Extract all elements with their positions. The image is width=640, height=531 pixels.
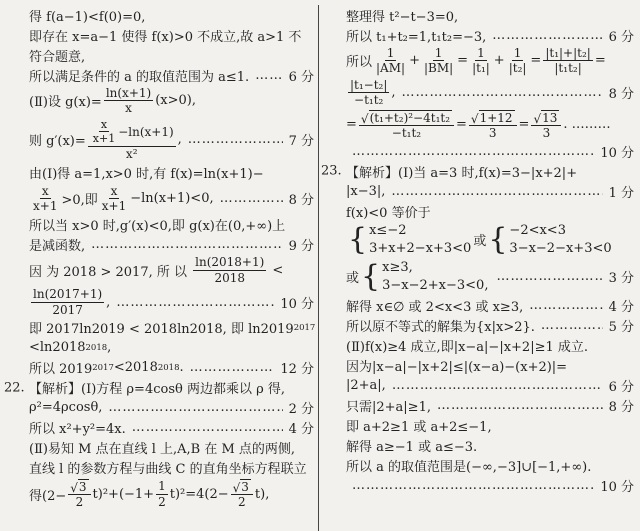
radical-sign: √ <box>233 482 241 494</box>
text: = <box>519 117 530 132</box>
score-label: 6 分 <box>609 376 634 395</box>
text-line: 所以当 x>0 时,g′(x)<0,即 g(x)在(0,+∞)上 <box>29 214 314 234</box>
text-line: =√(t₁+t₂)²−4t₁t₂−t₁t₂=√1+123=√133. ……… <box>346 109 634 142</box>
text: |t₁| <box>472 61 490 75</box>
score-label: 3 分 <box>609 267 634 286</box>
text: −ln(x+1)<0, <box>130 191 213 206</box>
text: x <box>125 101 132 115</box>
radicand: 1+12 <box>479 110 515 125</box>
text: 即存在 x=a−1 使得 f(x)>0 不成立,故 a>1 不 <box>29 26 301 45</box>
text: 2 <box>238 495 246 509</box>
denominator: x+1 <box>100 199 128 213</box>
text: 即 2017ln2019 < 2018ln2018, 即 ln2019 <box>29 318 294 337</box>
text: x <box>42 184 49 198</box>
fraction: √32 <box>231 479 253 510</box>
text-line: 22.【解析】(Ⅰ)方程 ρ=4cosθ 两边都乘以 ρ 得, <box>29 378 314 398</box>
text: (Ⅱ)易知 M 点在直线 l 上,A,B 在 M 点的两侧, <box>29 438 295 457</box>
text-line: 直线 l 的参数方程与曲线 C 的直角坐标方程联立 <box>29 458 314 478</box>
text-line: 因 为 2018 > 2017, 所 以 ln(2018+1)2018 < <box>29 254 314 286</box>
text: 因为|x−a|−|x+2|≤|(x−a)−(x+2)|= <box>346 356 567 375</box>
radical-sign: √ <box>70 482 78 494</box>
left-brace: { <box>348 227 367 253</box>
text: 所以 a 的取值范围是(−∞,−3]∪[−1,+∞). <box>346 456 591 475</box>
text: 所以 <box>346 51 372 70</box>
fraction: |t₁|+|t₂||t₁t₂| <box>543 46 593 76</box>
numerator: 1 <box>385 46 397 61</box>
sqrt: √1+12 <box>471 110 515 125</box>
text: (Ⅱ)f(x)≥4 成立,即|x−a|−|x+2|≥1 成立. <box>346 336 588 355</box>
text: 【解析】(Ⅰ)当 a=3 时,f(x)=3−|x+2|+ <box>346 162 577 181</box>
text: < <box>268 263 283 278</box>
fraction: xx+1−ln(x+1)x² <box>88 118 176 162</box>
cases: {x≥3,3−x−2+x−3<0, <box>361 259 488 294</box>
text-line: 所以满足条件的 a 的取值范围为 a≤1.…………………………………………………… <box>29 65 314 85</box>
dot-leader: ………………………………………………………………………………………………………… <box>529 298 602 313</box>
fraction: √1+123 <box>469 110 517 141</box>
score-label: 2 分 <box>289 398 314 417</box>
cases: {−2<x<33−x−2−x+3<0 <box>488 222 611 257</box>
text: + <box>494 53 505 68</box>
text: 所以 x²+y²=4x. <box>29 418 126 437</box>
text: 所以满足条件的 a 的取值范围为 a≤1. <box>29 66 249 85</box>
text: = <box>595 53 606 68</box>
dot-leader: ………………………………………………………………………………………………………… <box>437 398 603 413</box>
text: x≤−2 <box>369 223 406 238</box>
text-line: 得(2−√32t)²+(−1+12t)²=4(2−√32t), <box>29 478 314 511</box>
text: x <box>111 184 118 198</box>
text: |BM| <box>424 61 453 75</box>
text: 2018 <box>214 271 245 285</box>
text: 得 f(a−1)<f(0)=0, <box>29 6 145 25</box>
text: = <box>457 53 468 68</box>
text-line: (Ⅱ)设 g(x)=ln(x+1)x(x>0), <box>29 85 314 117</box>
text: , <box>107 340 111 355</box>
text: −ln(x+1) <box>118 125 173 139</box>
denominator: 2 <box>156 495 168 509</box>
cases-row: 3−x−2+x−3<0, <box>382 277 488 295</box>
text: = <box>530 53 541 68</box>
text: 2 <box>158 495 166 509</box>
text-line: 只需|2+a|≥1,………………………………………………………………………………… <box>346 396 634 416</box>
text: 所以原不等式的解集为{x|x>2}. <box>346 316 535 335</box>
text-line: (Ⅱ)f(x)≥4 成立,即|x−a|−|x+2|≥1 成立. <box>346 336 634 356</box>
text: 是减函数, <box>29 235 85 254</box>
dot-leader: ………………………………………………………………………………………………………… <box>402 85 603 100</box>
dot-leader: ………………………………………………………………………………………………………… <box>541 318 603 333</box>
dot-leader: ………………………………………………………………………………………………………… <box>391 184 602 199</box>
text: ln(2018+1) <box>195 255 264 269</box>
text: 则 g′(x)= <box>29 130 86 149</box>
score-label: 8 分 <box>289 189 314 208</box>
text: (t₁+t₂)²−4t₁t₂ <box>370 111 450 125</box>
text-line: 得 f(a−1)<f(0)=0, <box>29 5 314 25</box>
text: −2<x<3 <box>509 223 566 238</box>
radicand: 13 <box>541 110 559 125</box>
text: ln(2017+1) <box>33 287 102 301</box>
text: 得(2− <box>29 485 66 504</box>
fraction: √(t₁+t₂)²−4t₁t₂−t₁t₂ <box>359 110 454 141</box>
numerator: |t₁−t₂| <box>348 78 389 93</box>
denominator: x² <box>124 147 140 161</box>
fraction: √133 <box>531 110 561 141</box>
text-line: ln(2017+1)2017,…………………………………………………………………… <box>29 286 314 318</box>
column-left: 得 f(a−1)<f(0)=0,即存在 x=a−1 使得 f(x)>0 不成立,… <box>2 5 318 531</box>
fraction: |t₁−t₂|−t₁t₂ <box>348 78 389 108</box>
text-line: 所以 a 的取值范围是(−∞,−3]∪[−1,+∞). <box>346 456 634 476</box>
numerator: 1 <box>512 46 524 61</box>
text: , <box>391 85 395 100</box>
sqrt: √13 <box>533 110 559 125</box>
text: + <box>409 53 420 68</box>
problem-number: 23. <box>321 164 342 179</box>
text-line: 由(Ⅰ)得 a=1,x>0 时,有 f(x)=ln(x+1)− <box>29 163 314 183</box>
text: , <box>178 132 182 147</box>
fraction: ln(x+1)x <box>104 86 153 116</box>
sqrt: √3 <box>233 479 251 494</box>
sqrt: √3 <box>70 479 88 494</box>
text-line: |t₁−t₂|−t₁t₂,………………………………………………………………………… <box>346 77 634 109</box>
text: |t₁|+|t₂| <box>545 46 591 60</box>
dot-leader: ………………………………………………………………………………………………………… <box>352 144 594 159</box>
radical-sign: √ <box>533 113 541 125</box>
fraction: ln(2018+1)2018 <box>193 255 266 285</box>
text: 1 <box>387 46 395 60</box>
text: 3−x−2−x+3<0 <box>509 241 611 256</box>
fraction: √32 <box>68 479 90 510</box>
numerator: √3 <box>231 479 253 495</box>
text-line: 即 a+2≥1 或 a+2≤−1, <box>346 416 634 436</box>
text: 只需|2+a|≥1, <box>346 396 431 415</box>
radical-sign: √ <box>471 113 479 125</box>
numerator: 1 <box>433 46 445 61</box>
numerator: xx+1−ln(x+1) <box>88 118 176 147</box>
text-line: 所以 20192017<20182018.…………………………………………………… <box>29 358 314 378</box>
text: x≥3, <box>382 260 413 275</box>
score-label: 7 分 <box>289 130 314 149</box>
text: 3−x−2+x−3<0, <box>382 278 488 293</box>
text: x² <box>126 147 138 161</box>
text-line: 解得 a≥−1 或 a≤−3. <box>346 436 634 456</box>
text: . <box>179 360 183 375</box>
fraction: 1|t₂| <box>507 46 529 76</box>
text-line: …………………………………………………………………………………………………………… <box>346 141 634 161</box>
denominator: −t₁t₂ <box>352 93 385 107</box>
text-line: 则 g′(x)=xx+1−ln(x+1)x²,……………………………………………… <box>29 117 314 163</box>
text: f(x)<0 等价于 <box>346 202 431 221</box>
text-line: 所以 x²+y²=4x.…………………………………………………………………………… <box>29 418 314 438</box>
text: (x>0), <box>155 93 196 108</box>
denominator: 3 <box>487 126 499 140</box>
cases: {x≤−23+x+2−x+3<0 <box>348 222 471 257</box>
denominator: 2 <box>74 495 86 509</box>
denominator: x <box>123 101 134 115</box>
denominator: |AM| <box>374 61 407 75</box>
text: 所以 2019 <box>29 358 92 377</box>
text: 2 <box>76 495 84 509</box>
column-right: 整理得 t²−t−3=0,所以 t₁+t₂=1,t₁t₂=−3,……………………… <box>319 5 638 531</box>
text: , <box>106 295 110 310</box>
text: |2+a|, <box>346 378 386 393</box>
text: t), <box>255 487 269 502</box>
dot-leader: ………………………………………………………………………………………………………… <box>220 191 283 206</box>
cases-rows: −2<x<33−x−2−x+3<0 <box>509 222 611 257</box>
radicand: (t₁+t₂)²−4t₁t₂ <box>369 110 452 125</box>
numerator: ln(2018+1) <box>193 255 266 270</box>
fraction: xx+1 <box>31 184 59 214</box>
cases-row: 3+x+2−x+3<0 <box>369 240 471 258</box>
fraction: 1|t₁| <box>470 46 492 76</box>
fraction: 1|BM| <box>422 46 455 76</box>
numerator: √(t₁+t₂)²−4t₁t₂ <box>359 110 454 126</box>
dot-leader: ………………………………………………………………………………………………………… <box>255 68 282 83</box>
numerator: √1+12 <box>469 110 517 126</box>
text: 3 <box>489 126 497 140</box>
dot-leader: ………………………………………………………………………………………………………… <box>496 269 602 284</box>
text: 1 <box>477 46 485 60</box>
numerator: √13 <box>531 110 561 126</box>
text: |t₁−t₂| <box>350 78 387 92</box>
cases-row: 3−x−2−x+3<0 <box>509 240 611 258</box>
text-line: 所以 t₁+t₂=1,t₁t₂=−3,………………………………………………………… <box>346 25 634 45</box>
text: 由(Ⅰ)得 a=1,x>0 时,有 f(x)=ln(x+1)− <box>29 163 264 182</box>
text-line: <ln20182018, <box>29 338 314 358</box>
text: 或 <box>473 230 486 249</box>
cases-row: −2<x<3 <box>509 222 566 240</box>
text: ln(x+1) <box>106 86 151 100</box>
text: = <box>456 117 467 132</box>
text-line: ρ²=4ρcosθ,………………………………………………………………………………… <box>29 398 314 418</box>
text: x+1 <box>93 132 115 145</box>
cases-row: x≤−2 <box>369 222 406 240</box>
score-label: 4 分 <box>289 418 314 437</box>
text: x+1 <box>102 199 126 213</box>
cases-rows: x≥3,3−x−2+x−3<0, <box>382 259 488 294</box>
radical-sign: √ <box>361 113 369 125</box>
dot-leader: ………………………………………………………………………………………………………… <box>352 478 594 493</box>
text-line: |x−3|,…………………………………………………………………………………………… <box>346 181 634 201</box>
text: 或 <box>346 267 359 286</box>
text: −t₁t₂ <box>392 126 421 140</box>
text-line: …………………………………………………………………………………………………………… <box>346 476 634 496</box>
score-label: 6 分 <box>609 26 634 45</box>
text: 1+12 <box>480 111 513 125</box>
denominator: |t₁t₂| <box>552 61 583 75</box>
text: x <box>101 118 107 131</box>
cases-rows: x≤−23+x+2−x+3<0 <box>369 222 471 257</box>
document: 得 f(a−1)<f(0)=0,即存在 x=a−1 使得 f(x)>0 不成立,… <box>0 0 640 531</box>
page: { "page": { "background": "#f2f1ee", "te… <box>0 0 640 531</box>
left-brace: { <box>488 227 507 253</box>
text: |t₁t₂| <box>554 61 581 75</box>
text: 13 <box>542 111 557 125</box>
dot-leader: ………………………………………………………………………………………………………… <box>132 420 283 435</box>
text: 解得 a≥−1 或 a≤−3. <box>346 436 477 455</box>
text-line: xx+1>0,即xx+1−ln(x+1)<0,……………………………………………… <box>29 183 314 215</box>
text-line: 符合题意, <box>29 45 314 65</box>
score-label: 8 分 <box>609 83 634 102</box>
denominator: x+1 <box>31 199 59 213</box>
text: 3 <box>241 480 249 494</box>
dot-leader: ………………………………………………………………………………………………………… <box>190 360 275 375</box>
text: 所以当 x>0 时,g′(x)<0,即 g(x)在(0,+∞)上 <box>29 215 285 234</box>
numerator: ln(2017+1) <box>31 287 104 302</box>
text-line: 因为|x−a|−|x+2|≤|(x−a)−(x+2)|= <box>346 356 634 376</box>
text: 3 <box>543 126 551 140</box>
sqrt: √(t₁+t₂)²−4t₁t₂ <box>361 110 452 125</box>
denominator: 2018 <box>212 271 247 285</box>
numerator: x <box>109 184 120 199</box>
text: 直线 l 的参数方程与曲线 C 的直角坐标方程联立 <box>29 458 307 477</box>
fraction: xx+1 <box>100 184 128 214</box>
score-label: 12 分 <box>280 358 314 377</box>
score-label: 1 分 <box>609 182 634 201</box>
text: 1 <box>514 46 522 60</box>
text: 1 <box>435 46 443 60</box>
text: <ln2018 <box>29 340 86 355</box>
score-label: 10 分 <box>600 476 634 495</box>
fraction: 12 <box>156 479 168 509</box>
denominator: −t₁t₂ <box>390 126 423 140</box>
text: |t₂| <box>509 61 527 75</box>
text-line: 整理得 t²−t−3=0, <box>346 5 634 25</box>
denominator: |t₂| <box>507 61 529 75</box>
text-line: 是减函数,……………………………………………………………………………………………… <box>29 234 314 254</box>
text: x+1 <box>33 199 57 213</box>
text: 2017 <box>52 303 83 317</box>
numerator: x <box>40 184 51 199</box>
score-label: 10 分 <box>280 293 314 312</box>
text-line: 所以1|AM|+1|BM|=1|t₁|+1|t₂|=|t₁|+|t₂||t₁t₂… <box>346 45 634 77</box>
dot-leader: ………………………………………………………………………………………………………… <box>108 400 282 415</box>
text: ρ²=4ρcosθ, <box>29 400 102 415</box>
score-label: 4 分 <box>609 296 634 315</box>
problem-number: 22. <box>4 380 25 395</box>
text: |AM| <box>376 61 405 75</box>
numerator: 1 <box>475 46 487 61</box>
text-line: 所以原不等式的解集为{x|x>2}.…………………………………………………………… <box>346 316 634 336</box>
text-line: |2+a|,…………………………………………………………………………………………… <box>346 376 634 396</box>
denominator: x+1 <box>91 132 117 145</box>
text: 3 <box>79 480 87 494</box>
text: t)²+(−1+ <box>93 487 155 502</box>
score-label: 6 分 <box>289 66 314 85</box>
text: 整理得 t²−t−3=0, <box>346 6 458 25</box>
text: 【解析】(Ⅰ)方程 ρ=4cosθ 两边都乘以 ρ 得, <box>29 378 285 397</box>
dot-leader: ………………………………………………………………………………………………………… <box>188 132 283 147</box>
numerator: x <box>99 118 109 132</box>
cases-row: x≥3, <box>382 259 413 277</box>
score-label: 9 分 <box>289 235 314 254</box>
denominator: 2017 <box>50 303 85 317</box>
text: . ……… <box>563 117 610 132</box>
text: t)²=4(2− <box>170 487 229 502</box>
text-line: 解得 x∈∅ 或 2<x<3 或 x≥3,…………………………………………………… <box>346 296 634 316</box>
text: 符合题意, <box>29 46 85 65</box>
text-line: (Ⅱ)易知 M 点在直线 l 上,A,B 在 M 点的两侧, <box>29 438 314 458</box>
denominator: 3 <box>541 126 553 140</box>
left-brace: { <box>361 264 380 290</box>
numerator: |t₁|+|t₂| <box>543 46 593 61</box>
text: 解得 x∈∅ 或 2<x<3 或 x≥3, <box>346 296 523 315</box>
numerator: ln(x+1) <box>104 86 153 101</box>
dot-leader: ………………………………………………………………………………………………………… <box>116 295 274 310</box>
dot-leader: ………………………………………………………………………………………………………… <box>392 378 603 393</box>
denominator: |BM| <box>422 61 455 75</box>
dot-leader: ………………………………………………………………………………………………………… <box>492 28 602 43</box>
radicand: 3 <box>78 479 89 494</box>
denominator: 2 <box>236 495 248 509</box>
fraction: xx+1 <box>91 118 117 145</box>
text-line: {x≤−23+x+2−x+3<0或{−2<x<33−x−2−x+3<0 <box>346 221 634 258</box>
text: 因 为 2018 > 2017, 所 以 <box>29 261 191 280</box>
text-line: 即存在 x=a−1 使得 f(x)>0 不成立,故 a>1 不 <box>29 25 314 45</box>
text: = <box>346 117 357 132</box>
text-line: 或{x≥3,3−x−2+x−3<0,…………………………………………………………… <box>346 258 634 295</box>
fraction: 1|AM| <box>374 46 407 76</box>
numerator: 1 <box>156 479 168 494</box>
radicand: 3 <box>240 479 251 494</box>
denominator: |t₁| <box>470 61 492 75</box>
score-label: 5 分 <box>609 316 634 335</box>
text: 所以 t₁+t₂=1,t₁t₂=−3, <box>346 26 486 45</box>
text: >0,即 <box>61 189 97 208</box>
text: 3+x+2−x+3<0 <box>369 241 471 256</box>
score-label: 8 分 <box>609 396 634 415</box>
text: (Ⅱ)设 g(x)= <box>29 91 102 110</box>
text-line: 即 2017ln2019 < 2018ln2018, 即 ln20192017 <box>29 318 314 338</box>
text-line: 23.【解析】(Ⅰ)当 a=3 时,f(x)=3−|x+2|+ <box>346 161 634 181</box>
text: −t₁t₂ <box>354 93 383 107</box>
fraction: ln(2017+1)2017 <box>31 287 104 317</box>
text: |x−3|, <box>346 184 385 199</box>
numerator: √3 <box>68 479 90 495</box>
score-label: 10 分 <box>600 142 634 161</box>
text: 即 a+2≥1 或 a+2≤−1, <box>346 416 492 435</box>
dot-leader: ………………………………………………………………………………………………………… <box>91 237 282 252</box>
text-line: f(x)<0 等价于 <box>346 201 634 221</box>
text: <2018 <box>114 360 158 375</box>
text: 1 <box>158 479 166 493</box>
